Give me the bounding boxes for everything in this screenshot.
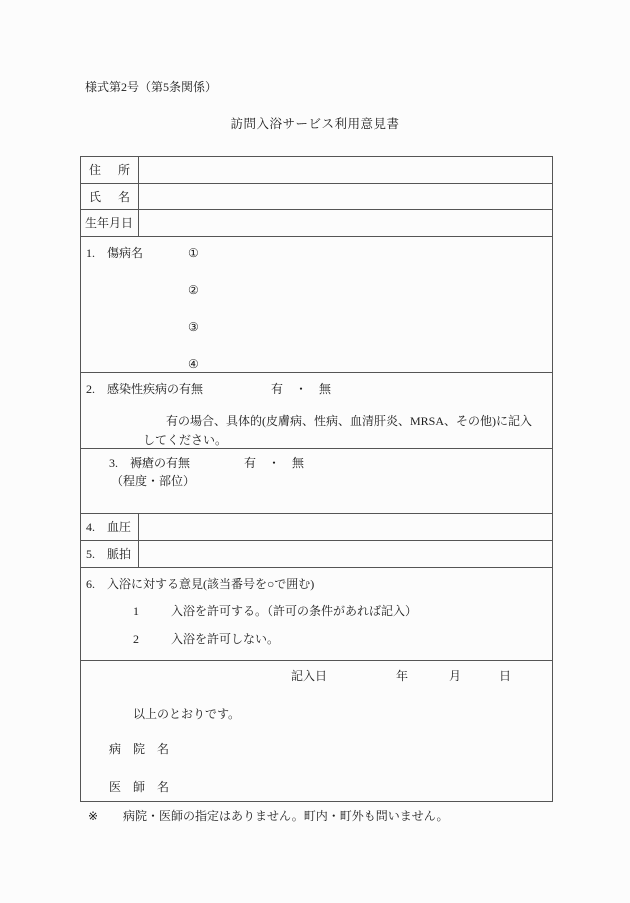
address-row: 住 所 bbox=[81, 157, 552, 184]
entry-date-label: 記入日 bbox=[291, 669, 327, 683]
infection-note-line2: してください。 bbox=[143, 433, 227, 447]
form-number: 様式第2号（第5条関係） bbox=[85, 80, 217, 94]
pulse-value bbox=[139, 541, 552, 567]
opinion-option-1-text: 入浴を許可する。（許可の条件があれば記入） bbox=[171, 604, 417, 618]
section-bathing-opinion: 6. 入浴に対する意見(該当番号を○で囲む) 1入浴を許可する。（許可の条件があ… bbox=[81, 568, 552, 661]
opinion-option-2-text: 入浴を許可しない。 bbox=[171, 632, 279, 646]
opinion-option-2-number: 2 bbox=[133, 632, 171, 646]
blood-pressure-row: 4. 血圧 bbox=[81, 514, 552, 541]
scanned-form-page: 様式第2号（第5条関係） 訪問入浴サービス利用意見書 住 所 氏 名 生年月日 … bbox=[0, 0, 630, 903]
name-label: 氏 名 bbox=[81, 184, 139, 209]
section-signature: 記入日 年 月 日 以上のとおりです。 病 院 名 医 師 名 bbox=[81, 661, 552, 801]
doctor-name-label: 医 師 名 bbox=[109, 780, 169, 794]
blood-pressure-label: 4. 血圧 bbox=[81, 514, 139, 540]
bedsore-detail-label: （程度・部位） bbox=[111, 474, 195, 488]
day-label: 日 bbox=[499, 669, 511, 683]
circled-number-3: ③ bbox=[188, 320, 199, 334]
section-illness-names: 1. 傷病名 ① ② ③ ④ bbox=[81, 237, 552, 373]
footnote-mark: ※ bbox=[88, 809, 123, 823]
pulse-row: 5. 脈拍 bbox=[81, 541, 552, 568]
opinion-heading: 6. 入浴に対する意見(該当番号を○で囲む) bbox=[86, 577, 314, 591]
opinion-option-1-number: 1 bbox=[133, 604, 171, 618]
blood-pressure-value bbox=[139, 514, 552, 540]
opinion-option-permit: 1入浴を許可する。（許可の条件があれば記入） bbox=[133, 604, 417, 618]
address-label: 住 所 bbox=[81, 157, 139, 183]
infection-yes-no-options: 有 ・ 無 bbox=[271, 382, 331, 396]
circled-number-1: ① bbox=[188, 246, 199, 260]
infection-heading: 2. 感染性疾病の有無 bbox=[86, 382, 203, 396]
footnote: ※病院・医師の指定はありません。町内・町外も問いません。 bbox=[88, 809, 448, 823]
section-bedsore: 3. 褥瘡の有無 有 ・ 無 （程度・部位） bbox=[81, 449, 552, 514]
pulse-label: 5. 脈拍 bbox=[81, 541, 139, 567]
bedsore-yes-no-options: 有 ・ 無 bbox=[244, 456, 304, 470]
birthdate-label: 生年月日 bbox=[81, 210, 139, 236]
form-table: 住 所 氏 名 生年月日 1. 傷病名 ① ② ③ ④ 2. 感染性疾病の有無 … bbox=[80, 156, 553, 802]
month-label: 月 bbox=[449, 669, 461, 683]
name-value bbox=[139, 184, 552, 209]
infection-note-line1: 有の場合、具体的(皮膚病、性病、血清肝炎、MRSA、その他)に記入 bbox=[166, 414, 532, 428]
circled-number-4: ④ bbox=[188, 357, 199, 371]
birthdate-value bbox=[139, 210, 552, 236]
name-row: 氏 名 bbox=[81, 184, 552, 210]
address-value bbox=[139, 157, 552, 183]
section-infectious-disease: 2. 感染性疾病の有無 有 ・ 無 有の場合、具体的(皮膚病、性病、血清肝炎、M… bbox=[81, 373, 552, 449]
birthdate-row: 生年月日 bbox=[81, 210, 552, 237]
document-title: 訪問入浴サービス利用意見書 bbox=[0, 117, 630, 131]
footnote-text: 病院・医師の指定はありません。町内・町外も問いません。 bbox=[123, 809, 448, 823]
closing-statement: 以上のとおりです。 bbox=[133, 707, 240, 721]
year-label: 年 bbox=[396, 669, 408, 683]
circled-number-2: ② bbox=[188, 283, 199, 297]
hospital-name-label: 病 院 名 bbox=[109, 742, 169, 756]
bedsore-heading: 3. 褥瘡の有無 bbox=[109, 456, 190, 470]
illness-heading: 1. 傷病名 bbox=[86, 246, 143, 260]
opinion-option-deny: 2入浴を許可しない。 bbox=[133, 632, 279, 646]
illness-number-list: ① ② ③ ④ bbox=[188, 246, 199, 394]
